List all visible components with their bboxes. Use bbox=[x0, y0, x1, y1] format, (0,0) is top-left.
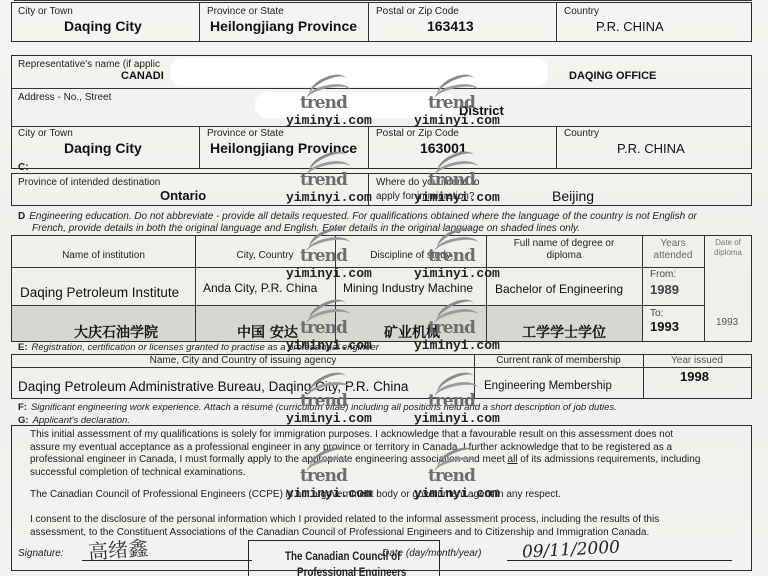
country-value: P.R. CHINA bbox=[596, 19, 664, 34]
header-year-issued: Year issued bbox=[643, 355, 751, 367]
year-issued-value: 1998 bbox=[680, 369, 709, 384]
section-c-row: Province of intended destination Ontario… bbox=[11, 173, 752, 206]
declaration-paragraph-2: The Canadian Council of Professional Eng… bbox=[30, 489, 561, 502]
apply-location-value: Beijing bbox=[552, 188, 594, 204]
top-edge-line bbox=[14, 0, 752, 1]
postal-label: Postal or Zip Code bbox=[376, 6, 459, 17]
rep-province-label: Province or State bbox=[207, 128, 284, 139]
section-e-instruction: E:Registration, certification or license… bbox=[18, 342, 379, 353]
rep-country-label: Country bbox=[564, 128, 599, 139]
institution-original: 大庆石油学院 bbox=[74, 322, 158, 342]
postal-value: 163413 bbox=[427, 18, 474, 34]
to-label: To: bbox=[650, 308, 663, 319]
rep-province-value: Heilongjiang Province bbox=[210, 140, 357, 156]
city-country-original: 中国 安达 bbox=[237, 322, 298, 342]
header-city-country: City, Country bbox=[195, 250, 335, 262]
discipline-english: Mining Industry Machine bbox=[343, 281, 473, 295]
registration-table: Name, City and Country of issuing agency… bbox=[11, 354, 752, 399]
header-degree: Full name of degree ordiploma bbox=[486, 238, 642, 262]
date-of-diploma-value: 1993 bbox=[716, 317, 738, 328]
header-years: Yearsattended bbox=[642, 238, 704, 262]
applicant-address-row: City or Town Daqing City Province or Sta… bbox=[11, 2, 752, 42]
institution-english: Daqing Petroleum Institute bbox=[20, 285, 179, 300]
from-label: From: bbox=[650, 269, 676, 280]
representative-name-start: CANADI bbox=[121, 70, 164, 82]
address-value-visible: District bbox=[459, 103, 504, 118]
representative-name-end: DAQING OFFICE bbox=[569, 70, 656, 82]
section-c-letter: C: bbox=[18, 162, 29, 173]
rep-postal-value: 163001 bbox=[420, 140, 467, 156]
city-value: Daqing City bbox=[64, 18, 142, 34]
apply-label-1: Where do you intend to bbox=[376, 177, 479, 188]
header-date-of-diploma: Date ofdiploma bbox=[704, 238, 752, 258]
degree-english: Bachelor of Engineering bbox=[495, 282, 623, 296]
province-label: Province or State bbox=[207, 6, 284, 17]
redaction-mask-name bbox=[170, 58, 548, 86]
destination-value: Ontario bbox=[160, 188, 206, 203]
scanned-form-page: City or Town Daqing City Province or Sta… bbox=[0, 0, 768, 576]
education-table: Name of institution City, Country Discip… bbox=[11, 235, 752, 342]
issuing-agency-value: Daqing Petroleum Administrative Bureau, … bbox=[18, 379, 408, 394]
stamp-line-1: The Canadian Council of bbox=[285, 549, 400, 563]
rep-city-label: City or Town bbox=[18, 128, 73, 139]
rep-country-value: P.R. CHINA bbox=[617, 141, 685, 156]
to-year: 1993 bbox=[650, 319, 679, 334]
city-label: City or Town bbox=[18, 6, 73, 17]
header-membership-rank: Current rank of membership bbox=[474, 355, 643, 367]
date-value[interactable]: 09/11/2000 bbox=[522, 537, 621, 562]
city-country-english: Anda City, P.R. China bbox=[203, 281, 317, 295]
membership-rank-value: Engineering Membership bbox=[484, 380, 612, 392]
representative-name-label: Representative's name (if applic bbox=[18, 59, 160, 70]
section-d-instruction-2: French, provide details in both the orig… bbox=[32, 223, 580, 234]
address-label: Address - No., Street bbox=[18, 92, 111, 103]
signature-label: Signature: bbox=[18, 548, 64, 561]
section-f-instruction: F:Significant engineering work experienc… bbox=[18, 402, 617, 413]
header-discipline: Discipline of study bbox=[335, 250, 486, 262]
rep-postal-label: Postal or Zip Code bbox=[376, 128, 459, 139]
rep-city-value: Daqing City bbox=[64, 140, 142, 156]
declaration-paragraph-1: This initial assessment of my qualificat… bbox=[30, 429, 750, 479]
destination-label: Province of intended destination bbox=[18, 177, 160, 188]
header-issuing-agency: Name, City and Country of issuing agency bbox=[12, 355, 474, 367]
ccpe-stamp: The Canadian Council of Professional Eng… bbox=[248, 540, 440, 576]
stamp-line-2: Professional Engineers bbox=[297, 565, 406, 576]
apply-label-2: apply for immigration? bbox=[376, 191, 474, 202]
section-d-instruction-1: DEngineering education. Do not abbreviat… bbox=[18, 211, 697, 222]
from-year: 1989 bbox=[650, 282, 679, 297]
discipline-original: 矿业机械 bbox=[384, 322, 440, 342]
header-institution: Name of institution bbox=[12, 250, 195, 262]
redaction-mask-address bbox=[255, 92, 455, 118]
degree-original: 工学学士学位 bbox=[522, 322, 606, 342]
signature-value[interactable]: 高绪鑫 bbox=[87, 532, 149, 565]
country-label: Country bbox=[564, 6, 599, 17]
province-value: Heilongjiang Province bbox=[210, 18, 357, 34]
